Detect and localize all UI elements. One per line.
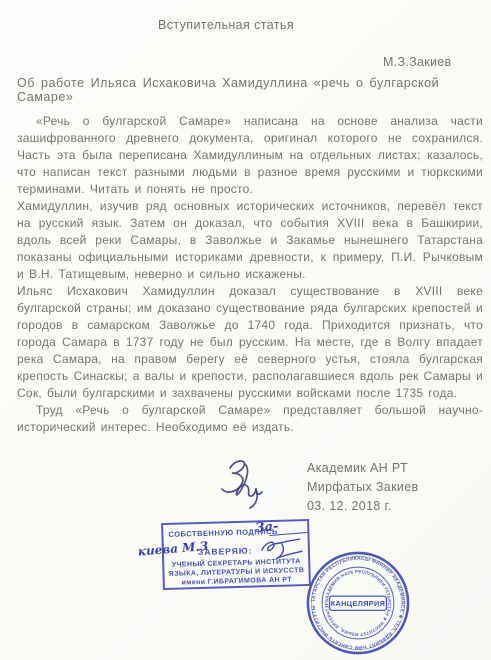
document-heading: Об работе Ильяса Исхаковича Хамидуллина …	[17, 76, 481, 104]
stamp-line: имени Г.ИБРАГИМОВА АН РТ	[165, 576, 309, 587]
stamp-center-label: КАНЦЕЛЯРИЯ	[331, 599, 386, 608]
signature-date: 03. 12. 2018 г.	[307, 497, 419, 516]
paragraph: Ильяс Исхакович Хамидуллин доказал сущес…	[17, 283, 483, 402]
signature-block: Академик АН РТ Мирфатых Закиев 03. 12. 2…	[307, 459, 419, 516]
paragraph: Хамидуллин, изучив ряд основных историче…	[17, 198, 483, 283]
handwritten-signature	[211, 455, 275, 511]
author-name: М.З.Закиев	[383, 55, 451, 69]
signer-name: Мирфатых Закиев	[307, 478, 419, 497]
paragraph: «Речь о булгарской Самаре» написана на о…	[17, 113, 483, 198]
round-official-stamp: ТАТАРСТАН РЕСПУБЛИКАСЫ ФӘННӘР АКАДЕМИЯСЕ…	[304, 549, 412, 657]
paragraph: Труд «Речь о булгарской Самаре» представ…	[17, 402, 483, 436]
document-body: «Речь о булгарской Самаре» написана на о…	[17, 113, 483, 436]
signer-title: Академик АН РТ	[307, 459, 419, 478]
certification-stamp: СОБСТВЕННУЮ ПОДПИСЬ За- ЗАВЕРЯЮ: киева М…	[161, 519, 311, 590]
page-title: Вступительная статья	[0, 18, 452, 32]
document-page: Вступительная статья М.З.Закиев Об работ…	[0, 0, 491, 660]
